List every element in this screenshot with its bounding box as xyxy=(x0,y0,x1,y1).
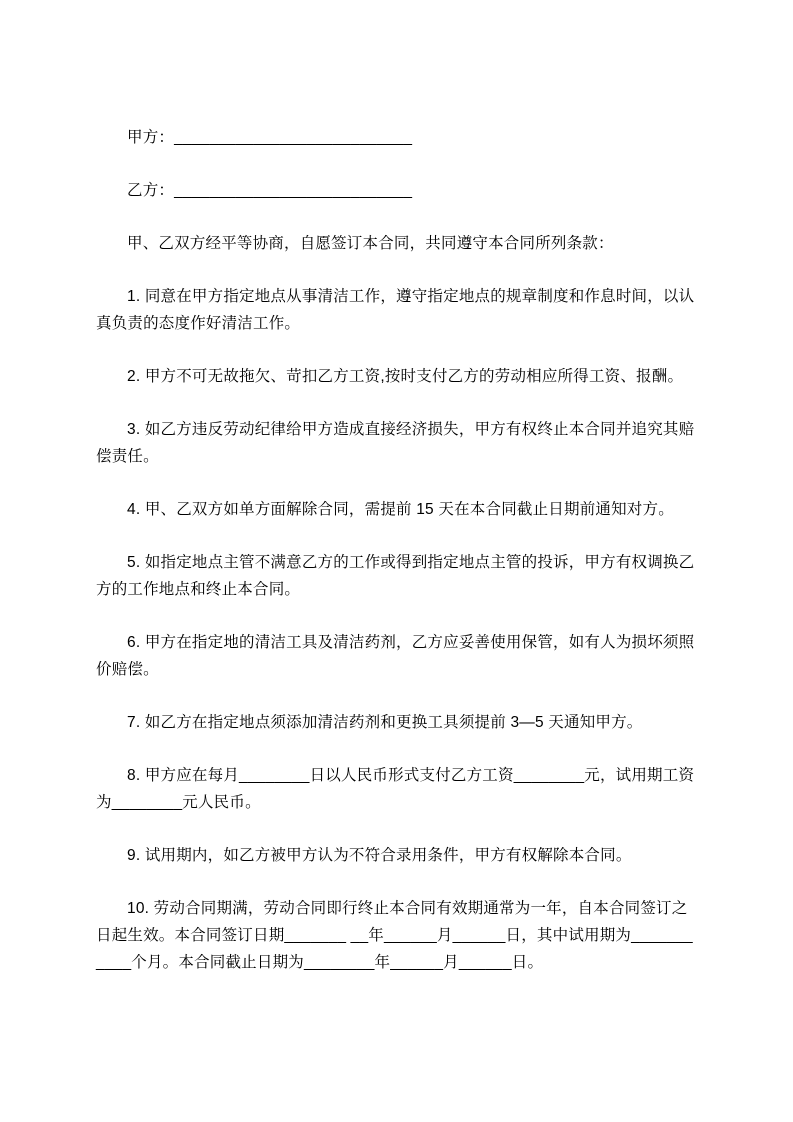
preamble: 甲、乙双方经平等协商，自愿签订本合同，共同遵守本合同所列条款： xyxy=(96,230,697,257)
party-a-line: 甲方：___________________________ xyxy=(96,124,697,151)
clause-4: 4. 甲、乙双方如单方面解除合同，需提前 15 天在本合同截止日期前通知对方。 xyxy=(96,496,697,523)
clause-2: 2. 甲方不可无故拖欠、苛扣乙方工资,按时支付乙方的劳动相应所得工资、报酬。 xyxy=(96,363,697,390)
clause-10: 10. 劳动合同期满，劳动合同即行终止本合同有效期通常为一年，自本合同签订之日起… xyxy=(96,895,697,976)
clause-8: 8. 甲方应在每月________日以人民币形式支付乙方工资________元，… xyxy=(96,762,697,816)
document-page: 甲方：___________________________ 乙方：______… xyxy=(0,0,793,1122)
clause-1: 1. 同意在甲方指定地点从事清洁工作，遵守指定地点的规章制度和作息时间，以认真负… xyxy=(96,283,697,337)
clause-7: 7. 如乙方在指定地点须添加清洁药剂和更换工具须提前 3—5 天通知甲方。 xyxy=(96,709,697,736)
clause-9: 9. 试用期内，如乙方被甲方认为不符合录用条件，甲方有权解除本合同。 xyxy=(96,842,697,869)
clause-3: 3. 如乙方违反劳动纪律给甲方造成直接经济损失，甲方有权终止本合同并追究其赔偿责… xyxy=(96,416,697,470)
clause-6: 6. 甲方在指定地的清洁工具及清洁药剂，乙方应妥善使用保管，如有人为损坏须照价赔… xyxy=(96,629,697,683)
clause-5: 5. 如指定地点主管不满意乙方的工作或得到指定地点主管的投诉，甲方有权调换乙方的… xyxy=(96,549,697,603)
party-b-line: 乙方：___________________________ xyxy=(96,177,697,204)
